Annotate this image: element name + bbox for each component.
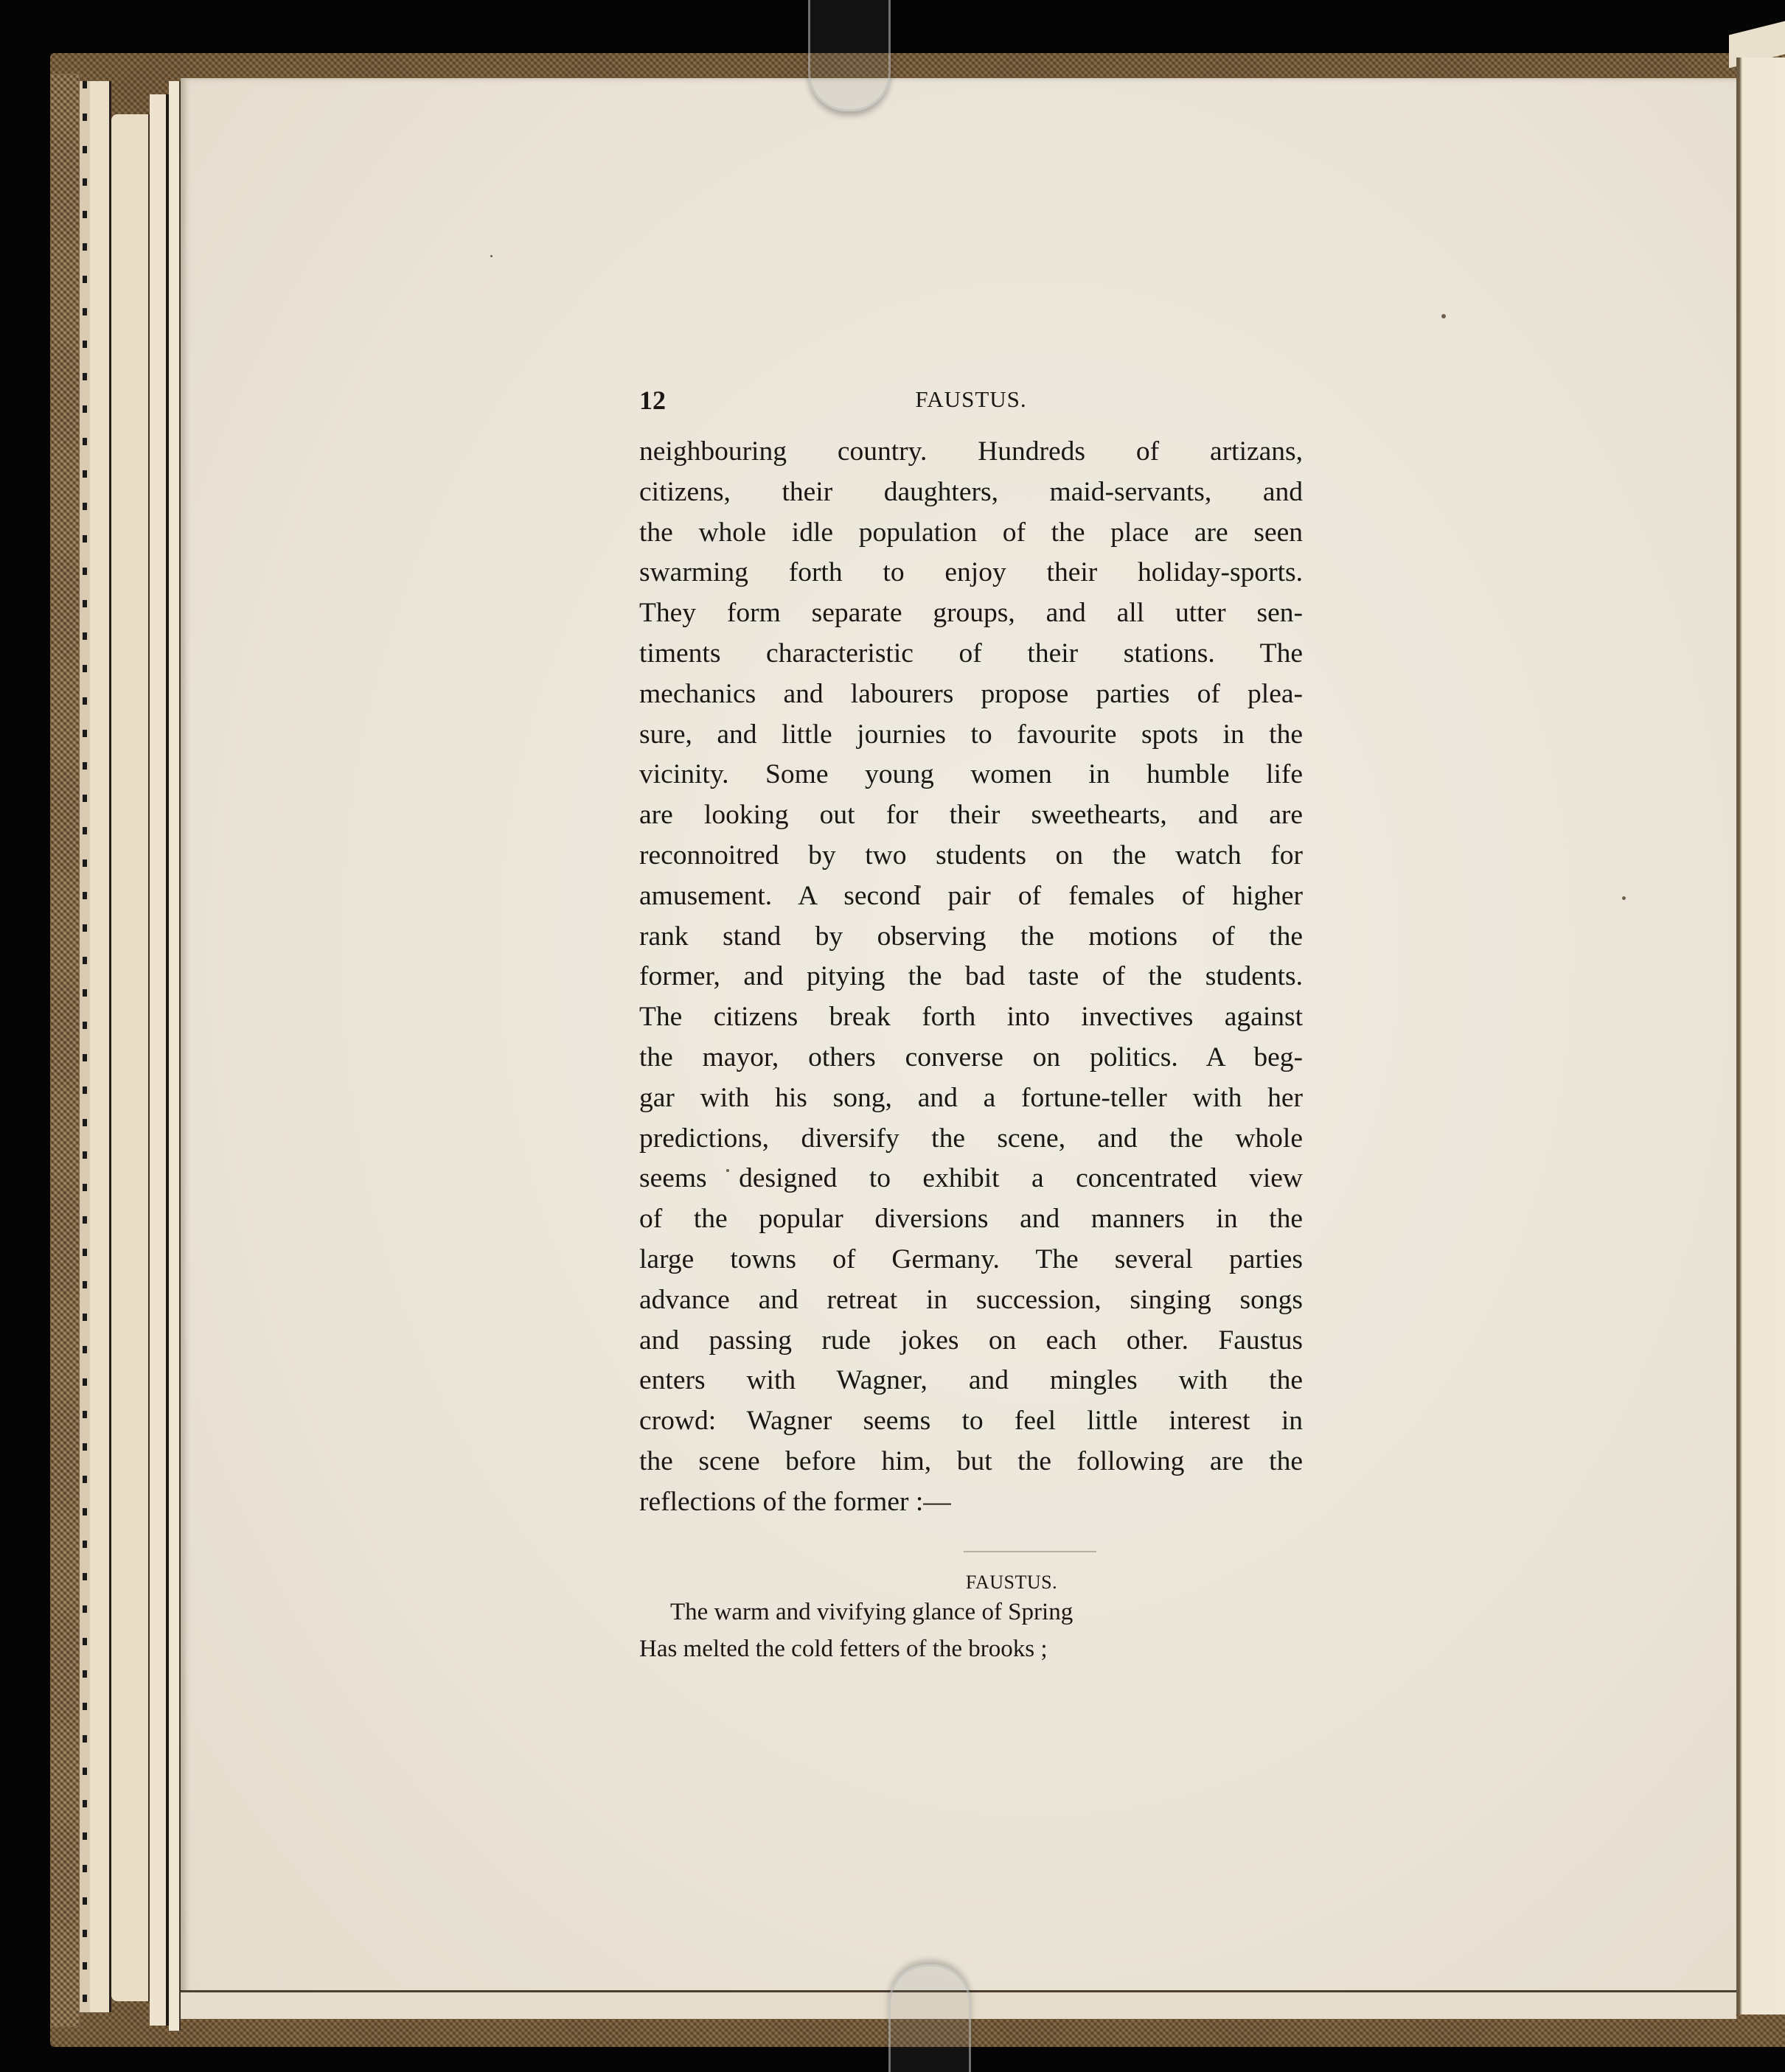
page-edge-strip [80,81,91,2012]
page-edge-strip [90,81,111,2012]
verse-line: Has melted the cold fetters of the brook… [639,1630,1303,1667]
prose-line: sure, and little journies to favourite s… [639,715,1303,756]
prose-line: The citizens break forth into invectives… [639,997,1303,1038]
prose-line: reconnoitred by two students on the watc… [639,836,1303,876]
speaker-heading: FAUSTUS. [680,1572,1343,1594]
prose-line: seems designed to exhibit a concentrated… [639,1159,1303,1199]
prose-line: the mayor, others converse on politics. … [639,1038,1303,1078]
next-page-sliver [1736,57,1785,2015]
running-title: FAUSTUS. [639,386,1303,413]
prose-line: are looking out for their sweethearts, a… [639,795,1303,836]
prose-line: crowd: Wagner seems to feel little inter… [639,1401,1303,1442]
prose-line: and passing rude jokes on each other. Fa… [639,1321,1303,1361]
running-head: 12 FAUSTUS. [639,376,1303,420]
prose-line: citizens, their daughters, maid-servants… [639,472,1303,513]
spine-cloth [50,74,80,2027]
prose-line: former, and pitying the bad taste of the… [639,957,1303,997]
text-block: 12 FAUSTUS. neighbouring country. Hundre… [639,376,1303,1667]
prose-line: mechanics and labourers propose parties … [639,674,1303,715]
prose-line: neighbouring country. Hundreds of artiza… [639,432,1303,472]
prose-line: advance and retreat in succession, singi… [639,1280,1303,1321]
glass-clip-top [808,0,891,111]
page-edge-strip [150,94,169,2026]
prose-line: the scene before him, but the following … [639,1442,1303,1482]
prose-line: rank stand by observing the motions of t… [639,917,1303,957]
page-edge-strip [169,81,181,2031]
section-divider [964,1551,1096,1552]
prose-line: amusement. A second pair of females of h… [639,876,1303,917]
prose-line: They form separate groups, and all utter… [639,593,1303,634]
prose-paragraph: neighbouring country. Hundreds of artiza… [639,432,1303,1523]
prose-line: gar with his song, and a fortune-teller … [639,1078,1303,1119]
prose-line: the whole idle population of the place a… [639,513,1303,554]
prose-line: enters with Wagner, and mingles with the [639,1361,1303,1401]
prose-line: predictions, diversify the scene, and th… [639,1119,1303,1159]
prose-line: of the popular diversions and manners in… [639,1199,1303,1240]
prose-line: reflections of the former :— [639,1482,1303,1523]
prose-line: large towns of Germany. The several part… [639,1240,1303,1280]
verse-line: The warm and vivifying glance of Spring [639,1594,1303,1630]
prose-line: vicinity. Some young women in humble lif… [639,755,1303,795]
verse: The warm and vivifying glance of Spring … [639,1594,1303,1667]
page-edge-strip [111,114,150,2001]
prose-line: timents characteristic of their stations… [639,634,1303,674]
glass-clip-bottom [888,1964,971,2072]
prose-line: swarming forth to enjoy their holiday-sp… [639,553,1303,593]
